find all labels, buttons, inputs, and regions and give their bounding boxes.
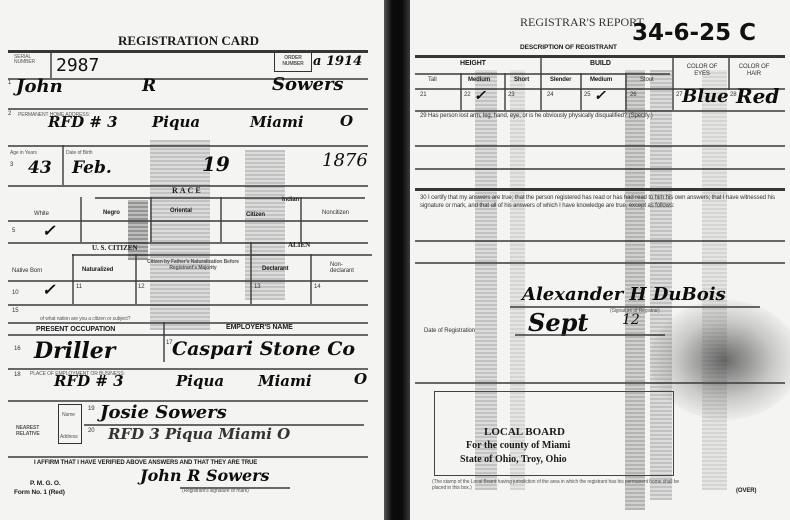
- card-title: REGISTRATION CARD: [118, 33, 259, 49]
- rule: [515, 334, 665, 336]
- certification-text: 30 I certify that my answers are true; t…: [420, 195, 785, 210]
- race-white-mark: ✓: [42, 221, 55, 240]
- height-col-tall: Tall: [428, 77, 437, 83]
- rule: [415, 240, 785, 242]
- registrant-signature: John R Sowers: [140, 466, 270, 485]
- field-number: 13: [254, 284, 260, 290]
- alien-heading: ALIEN: [288, 241, 310, 249]
- rule: [460, 73, 462, 110]
- build-col-slender: Slender: [550, 77, 571, 83]
- rule: [8, 280, 368, 282]
- employment-county: Miami: [258, 372, 312, 390]
- build-col-medium: Medium: [590, 77, 612, 83]
- employment-city: Piqua: [176, 372, 224, 390]
- order-label: ORDER NUMBER: [277, 55, 309, 67]
- rule: [415, 73, 670, 75]
- height-heading: HEIGHT: [460, 60, 486, 67]
- race-col-negro: Negro: [103, 210, 120, 216]
- height-medium-mark: ✓: [474, 88, 486, 104]
- rule: [163, 322, 165, 362]
- employer-value: Caspari Stone Co: [172, 338, 355, 360]
- age: 43: [28, 158, 52, 178]
- local-board-line3: State of Ohio, Troy, Ohio: [460, 454, 567, 465]
- registration-day: 12: [622, 312, 640, 328]
- rule: [415, 55, 785, 58]
- report-title: REGISTRAR'S REPORT: [520, 15, 644, 30]
- eye-color-label: COLOR OF EYES: [680, 64, 724, 78]
- field-number: 20: [88, 428, 94, 434]
- alien-col-nondeclarant: Non-declarant: [330, 262, 360, 274]
- rule: [580, 73, 582, 110]
- rule: [728, 55, 730, 90]
- serial-number: 2987: [56, 55, 99, 76]
- date-label: Date of Registration: [424, 328, 475, 334]
- disability-question: 29 Has person lost arm, leg, hand, eye, …: [420, 113, 785, 120]
- first-name: John: [16, 76, 63, 97]
- field-number: 2: [8, 111, 11, 117]
- citizen-col-naturalized: Naturalized: [82, 267, 113, 273]
- build-heading: BUILD: [590, 60, 611, 67]
- description-heading: DESCRIPTION OF REGISTRANT: [520, 44, 617, 51]
- citizen-col-native: Native Born: [12, 268, 42, 274]
- address-county: Miami: [250, 113, 304, 131]
- employment-state: O: [354, 370, 367, 388]
- rule: [8, 242, 368, 244]
- form-id-line1: P. M. G. O.: [30, 480, 61, 487]
- field-number: 25: [584, 92, 590, 98]
- rule: [8, 334, 368, 336]
- dob-label: Date of Birth: [66, 150, 93, 156]
- field-number: 23: [508, 92, 514, 98]
- dob-month: Feb.: [72, 158, 112, 178]
- relative-name: Josie Sowers: [100, 402, 227, 423]
- rule: [250, 242, 252, 304]
- rule: [415, 145, 785, 147]
- rule: [8, 304, 368, 306]
- registrars-report: REGISTRAR'S REPORT 34-6-25 C DESCRIPTION…: [410, 0, 790, 520]
- rule: [8, 456, 368, 458]
- rule: [625, 73, 627, 110]
- field-number: 12: [138, 284, 144, 290]
- citizen-col-fathers: Citizen by Father's Naturalization Befor…: [140, 259, 246, 271]
- rule: [62, 145, 64, 185]
- race-col-oriental: Oriental: [170, 208, 192, 214]
- registration-card: REGISTRATION CARD SERIAL NUMBER 2987 ORD…: [0, 0, 384, 520]
- rule: [72, 254, 74, 304]
- eye-color-value: Blue: [682, 86, 729, 107]
- dob-day: 19: [202, 152, 230, 176]
- rule: [8, 220, 368, 222]
- rule: [415, 168, 785, 170]
- field-number: 14: [314, 284, 320, 290]
- field-number: 24: [547, 92, 553, 98]
- address-street: RFD # 3: [48, 113, 118, 131]
- race-col-citizen: Citizen: [246, 212, 265, 218]
- rule: [8, 368, 368, 370]
- stamp-note: (The stamp of the Local Board having jur…: [432, 479, 682, 491]
- us-citizen-heading: U. S. CITIZEN: [92, 244, 138, 252]
- relative-name-label: Name: [62, 412, 75, 418]
- over-label: (OVER): [736, 488, 756, 494]
- race-col-noncitizen: Noncitizen: [322, 210, 349, 216]
- registration-month: Sept: [528, 308, 588, 337]
- middle-name: R: [142, 76, 156, 96]
- rule: [415, 382, 785, 384]
- last-name: Sowers: [272, 74, 344, 95]
- local-board-line1: LOCAL BOARD: [484, 426, 565, 438]
- rule: [150, 197, 152, 242]
- rule: [415, 110, 785, 112]
- race-heading: RACE: [172, 186, 203, 195]
- scan-shading: [702, 70, 727, 490]
- field-number: 21: [420, 92, 426, 98]
- race-col-white: White: [34, 211, 49, 217]
- rule: [300, 197, 302, 242]
- order-number: a 1914: [313, 54, 362, 69]
- rule: [540, 55, 542, 110]
- alien-col-declarant: Declarant: [262, 266, 288, 272]
- signature-label: (Registrant's signature or mark): [182, 488, 249, 494]
- occupation-value: Driller: [34, 338, 115, 364]
- rule: [50, 50, 52, 78]
- height-col-short: Short: [514, 77, 529, 83]
- field-number: 16: [14, 346, 20, 352]
- hair-color-value: Red: [736, 84, 779, 108]
- field-number: 22: [464, 92, 470, 98]
- rule: [8, 50, 368, 53]
- relative-address: RFD 3 Piqua Miami O: [108, 425, 290, 443]
- registrar-signature: Alexander H DuBois: [522, 284, 726, 305]
- field-number: 15: [12, 308, 18, 314]
- rule: [310, 254, 312, 304]
- rule: [95, 197, 365, 199]
- field-number: 3: [10, 162, 13, 168]
- rule: [504, 73, 506, 110]
- employment-street: RFD # 3: [54, 372, 124, 390]
- stamp-code: 34-6-25 C: [632, 20, 756, 46]
- relative-address-label: Address: [60, 434, 78, 440]
- build-medium-mark: ✓: [594, 88, 606, 104]
- rule: [8, 322, 368, 324]
- rule: [415, 262, 785, 264]
- rule: [8, 108, 368, 110]
- rule: [80, 197, 82, 242]
- hair-color-label: COLOR OF HAIR: [732, 64, 776, 78]
- field-number: 10: [12, 290, 18, 296]
- page-gutter: [384, 0, 410, 520]
- address-city: Piqua: [152, 113, 200, 131]
- field-number: 26: [630, 92, 636, 98]
- rule: [672, 55, 674, 110]
- scan-shading: [150, 140, 210, 330]
- field-number: 19: [88, 406, 94, 412]
- height-col-medium: Medium: [468, 77, 490, 83]
- serial-label: SERIAL NUMBER: [14, 55, 36, 65]
- build-col-stout: Stout: [640, 77, 654, 83]
- field-number: 5: [12, 228, 15, 234]
- rule: [220, 197, 222, 242]
- form-id-line2: Form No. 1 (Red): [14, 489, 65, 496]
- employer-label: EMPLOYER'S NAME: [226, 324, 293, 331]
- dob-year: 1876: [322, 150, 368, 171]
- field-number: 1: [8, 80, 11, 86]
- address-state: O: [340, 112, 353, 130]
- occupation-label: PRESENT OCCUPATION: [36, 326, 115, 333]
- rule: [415, 188, 785, 191]
- rule: [72, 254, 372, 256]
- field-number: 11: [76, 284, 82, 290]
- local-board-line2: For the county of Miami: [466, 440, 570, 451]
- rule: [135, 254, 137, 304]
- field-number: 18: [14, 372, 20, 378]
- age-label: Age in Years: [10, 150, 50, 156]
- nearest-relative-label: NEAREST RELATIVE: [16, 425, 56, 437]
- native-born-mark: ✓: [42, 280, 55, 299]
